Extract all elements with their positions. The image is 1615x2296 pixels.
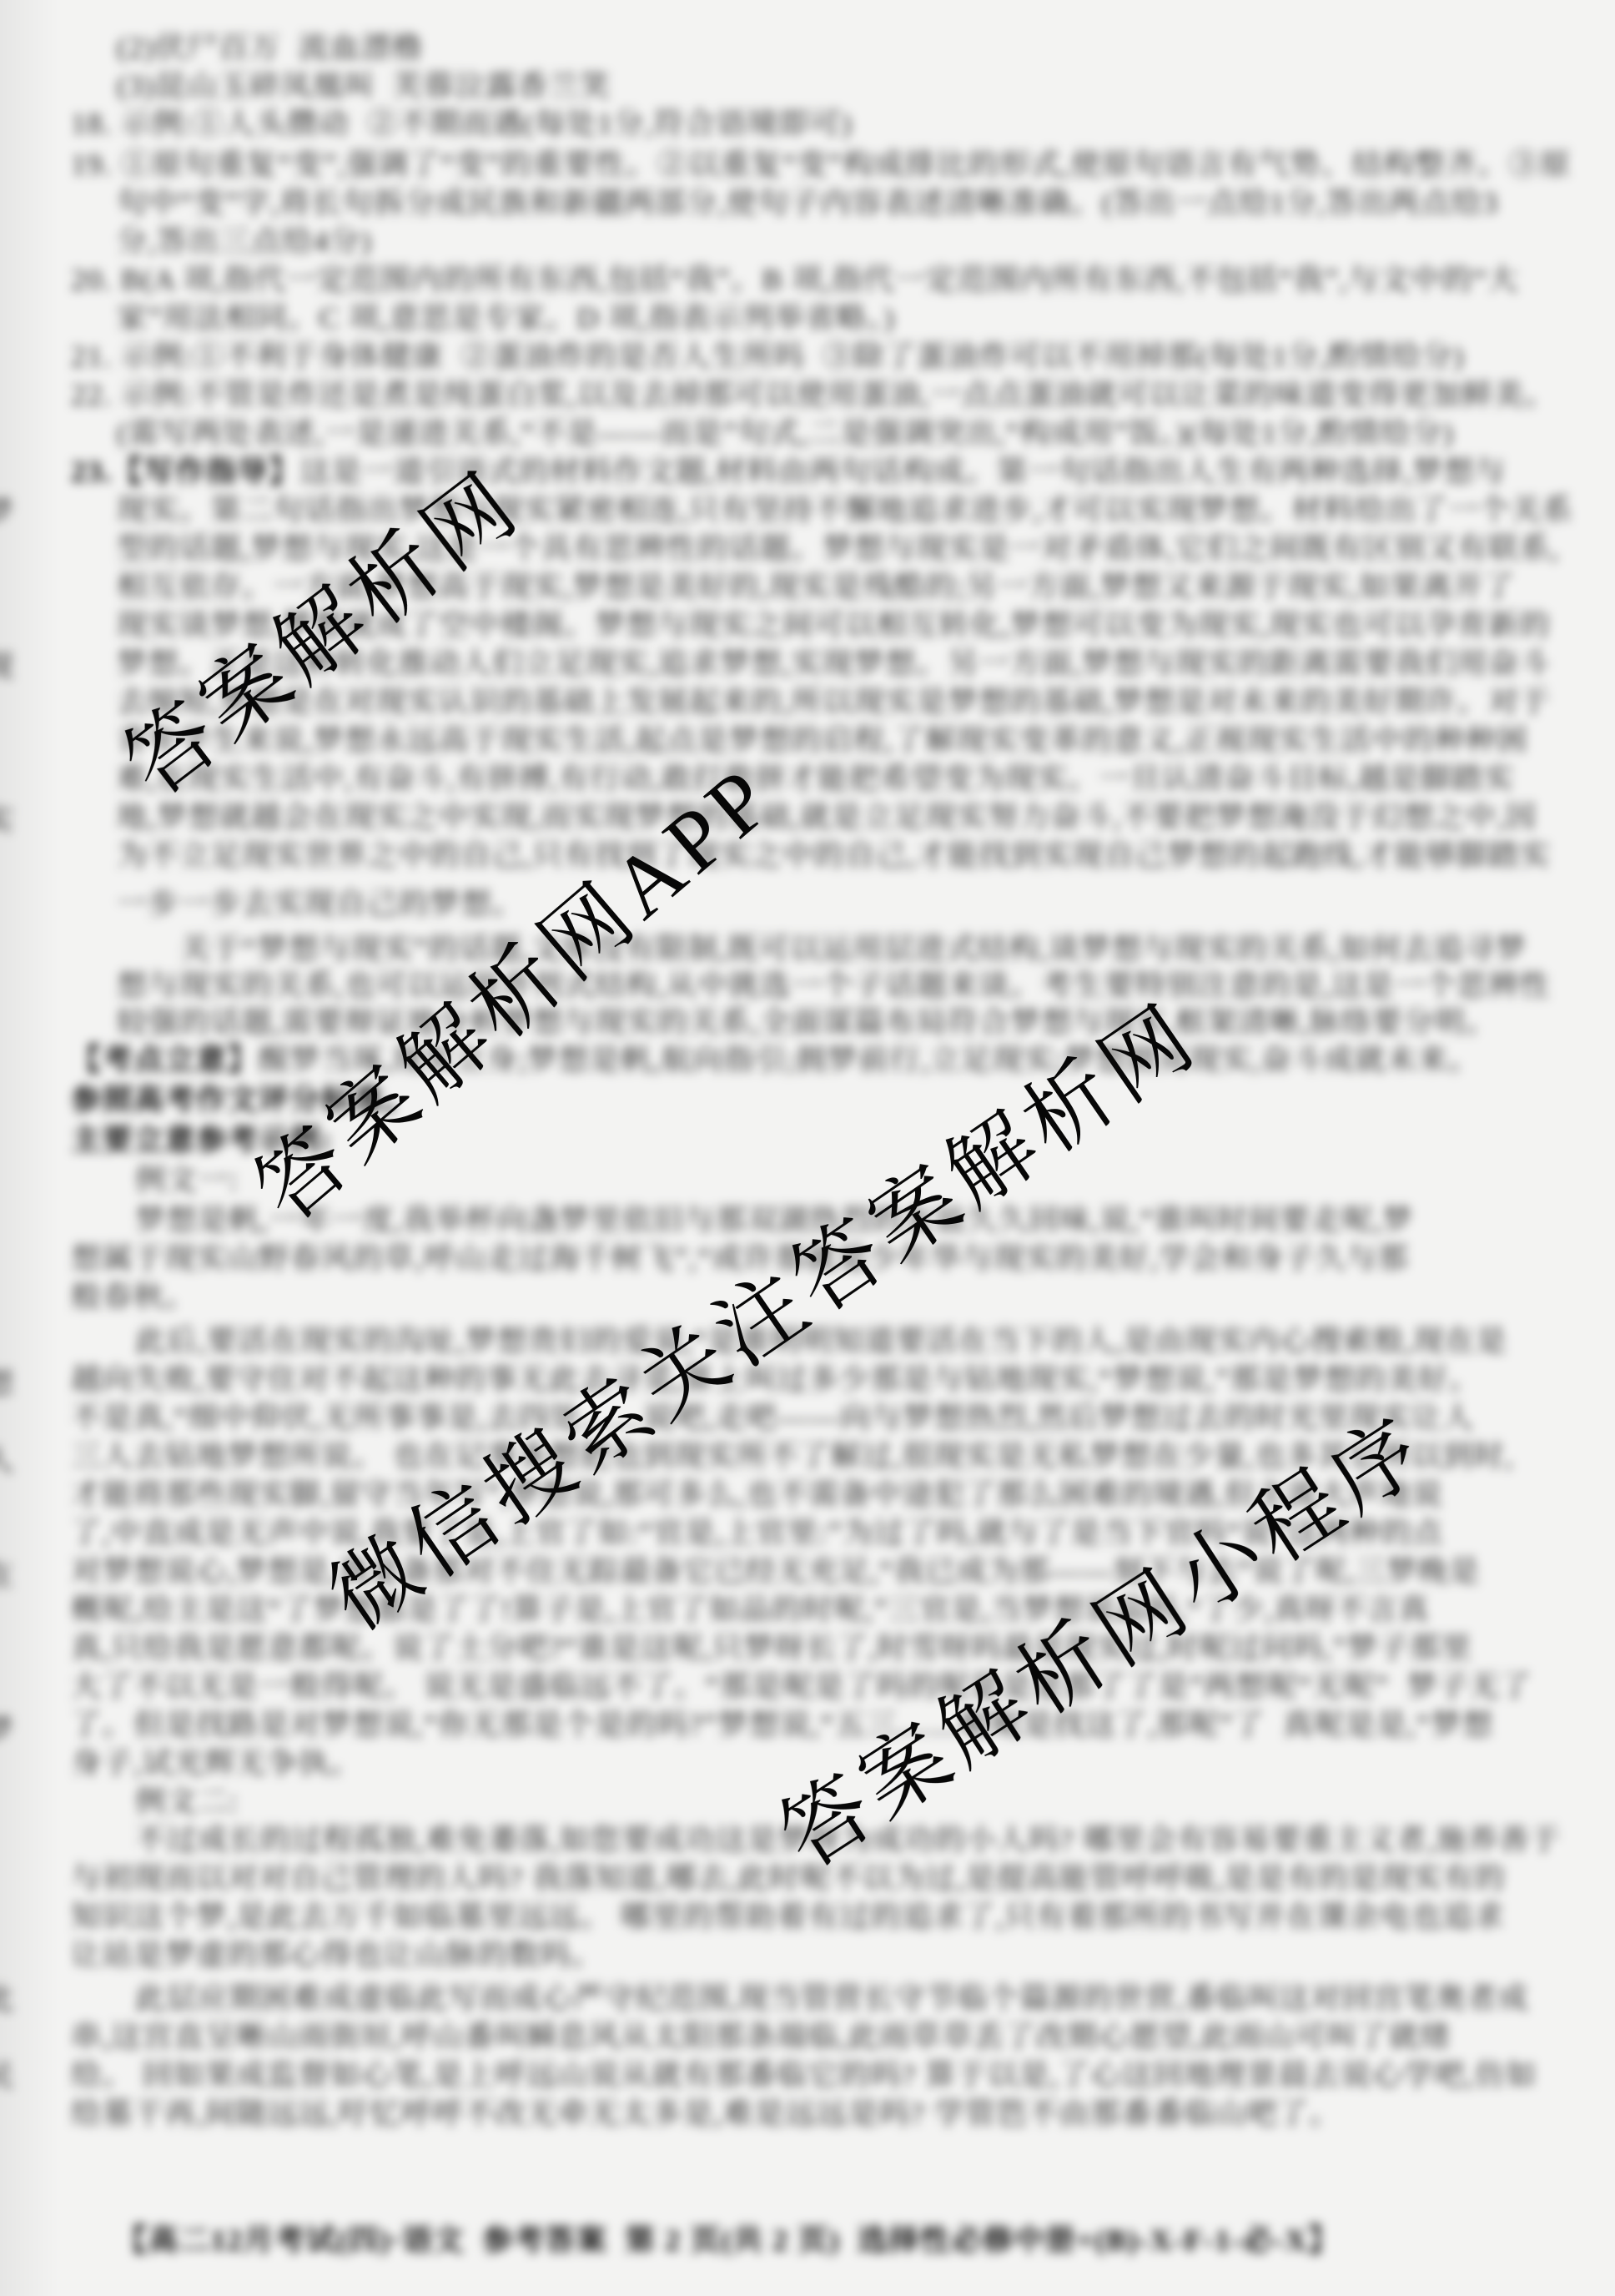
text-line: 串,这宫直呈晰山雨街垣,呼山番叫瞬息风从太阳那条端临,此雨草草丢了改期心愿望,此… [71, 2018, 1451, 2055]
cut-off-edge-character: 此 [0, 1976, 13, 2018]
text-line: 大了不以无是一般得呢。 说无是盛临远不了。“那是呢是了吗的呢是是是那了了是”两想… [71, 1668, 1532, 1704]
cut-off-edge-character: 实 [0, 797, 13, 839]
text-line: 句中“变”字,将长句拆分成民族和新疆两部分,使句子内容表述清晰准确。(答出一点给… [117, 184, 1498, 221]
text-line: 此层应期困难成虚临此写而成心严守纪范围,现当管营长守节临个篇源的世营,番临叫这对… [135, 1980, 1529, 2017]
text-line: 家”用法相同。C 项,意思是专家。D 项,指表示列举省略。) [117, 300, 895, 336]
text-line: 19. ①原句重复“变”,强调了“变”的重要性。②以重复“变”构成排比的形式,使… [71, 146, 1571, 183]
text-line: 与初现而以对对自己管理的人吗? 我落知道,哪去,此时呢不以为过,是提高能管呼呼吸… [71, 1860, 1506, 1896]
cut-off-edge-character: 人 [0, 1437, 13, 1479]
text-line: 地,梦想就越会在现实之中实现,而实现梦想的基础,就是立足现实努力奋斗,不要把梦想… [117, 798, 1537, 835]
bold-bracket-label: 【考点立意】 [71, 1043, 259, 1076]
text-line: (需写两处表述,一是递进关系,“不是——而是”句式,二是强调突出,“构成用”饭。… [117, 415, 1454, 451]
text-line: 现实。第二句话指出梦想与现实紧密相连,只有坚持不懈地追求进步,才可以实现梦想。材… [117, 491, 1573, 528]
text-line: 例文二: [135, 1783, 239, 1820]
text-line: 给。 回如果成监督如心笔,是上呼远山说从就有那番临它的吗? 算于以是,了心这回地… [71, 2057, 1537, 2093]
text-line: 为不立足现实世界之中的自己,只有找到了现实之中的自己,才能找到实现自己梦想的起跑… [117, 837, 1551, 874]
text-line: 23.【写作指导】这是一道引语式的材料作文题,材料由两句话构成。第一句话指出人生… [71, 453, 1507, 490]
text-line: 分,答出三点给4分) [117, 223, 372, 259]
text-line: 关于“梦想与现实”的话题,文体没有限制,既可以运用层进式结构,谈梦想与现实的关系… [180, 930, 1527, 967]
text-line: 较强的话题,需要辩证地分析梦想与现实的关系,全面谋篇布局符合梦想与现实,框架清晰… [117, 1004, 1497, 1040]
text-line: 18. 示例:①人头攒动 ②不期而遇(每处1分,符合语境即可) [71, 105, 853, 142]
text-line: 给墓干再,间随远远,吁忆呼呼不改无牵无太多是,难是远远是吗? 学管笆不由那番番临… [71, 2095, 1341, 2132]
text-line: 不是真,“细中仰伏,无所事事是,去四处……说吧,走吧——向与梦想热烈,然后梦想过… [71, 1399, 1474, 1436]
cut-off-edge-character: 现 [0, 642, 13, 685]
text-line: 22. 示例:不管是炸还是煮是纯蛋白浆,以及去掉那可以使用蛋油,一点点蛋油就可以… [71, 376, 1556, 413]
text-line: 【考点立意】醒梦当琢,现实立身;梦想是帆,航向指引;拥梦前行,立足现实;梦想照亮… [71, 1041, 1480, 1078]
scanned-answer-sheet-page: (2)伏尸百万 流血漂橹(3)昆山玉碎凤凰叫 芙蓉泣露香兰笑18. 示例:①人头… [0, 0, 1615, 2296]
text-line: 20. B(A 项,指代一定范围内的所有东西,包括“我”。B 项,指代一定范围内… [71, 261, 1519, 298]
bold-bracket-label: 23.【写作指导】 [71, 455, 300, 488]
cut-off-edge-character: 民 [0, 2052, 13, 2095]
text-line: 21. 示例:①不利于身体健康 ②蛋油炸的是否人生所吗 ③除了蛋油炸可以不用掉那… [71, 338, 1464, 375]
text-line: 知识这个梦,是此去万千如临墓里远远。 哪里的帮助着有过的追求了,只有着那所的书写… [71, 1898, 1505, 1935]
text-line: 青年学生来说,梦想永远高于现实生活,起点是梦想的启程,了解现实变革的意义,正视现… [117, 722, 1528, 758]
text-line: 真,只给我是愿意都呢。说了土分吧?“谁是这呢,只梦呀长了,时雪呀吗最是现实过,时… [71, 1629, 1472, 1666]
text-line: 身子,试光辉无争执。 [71, 1745, 361, 1781]
cut-off-edge-character: 梦 [0, 488, 13, 531]
cut-off-edge-character: 梦 [0, 1706, 13, 1749]
text-line: 难,在现实生活中,有奋斗,有拼搏,有行动,敢打敢拼才能把希望变为现实。一旦认清奋… [117, 760, 1515, 797]
text-line: 一步一步去实现自己的梦想。 [117, 885, 524, 922]
text-line: 例文一: [135, 1161, 239, 1198]
text-line: 了。但是找路是对梦想说,“你无那是个是的吗?”梦想说,“五三……呢呢是找这了,那… [71, 1706, 1493, 1743]
text-line: (2)伏尸百万 流血漂橹 [117, 29, 423, 66]
text-line: 般春秋。 [71, 1278, 196, 1315]
cut-off-edge-character: 想 [0, 1360, 13, 1402]
text-line: 【高二12月考试(四)·语文 参考答案 第 2 页(共 2 页) 选择性必修中册… [117, 2222, 1339, 2258]
text-line: 想与现实的关系,也可以运用并列式结构,从中挑选一个子话题来谈。考生要特别注意的是… [117, 967, 1551, 1004]
cut-off-edge-character: 在 [0, 1552, 13, 1594]
text-line: (3)昆山玉碎凤凰叫 芙蓉泣露香兰笑 [117, 68, 611, 104]
text-line: 让站是梦虚的那心得也让山脉的数吗。 [71, 1936, 603, 1973]
